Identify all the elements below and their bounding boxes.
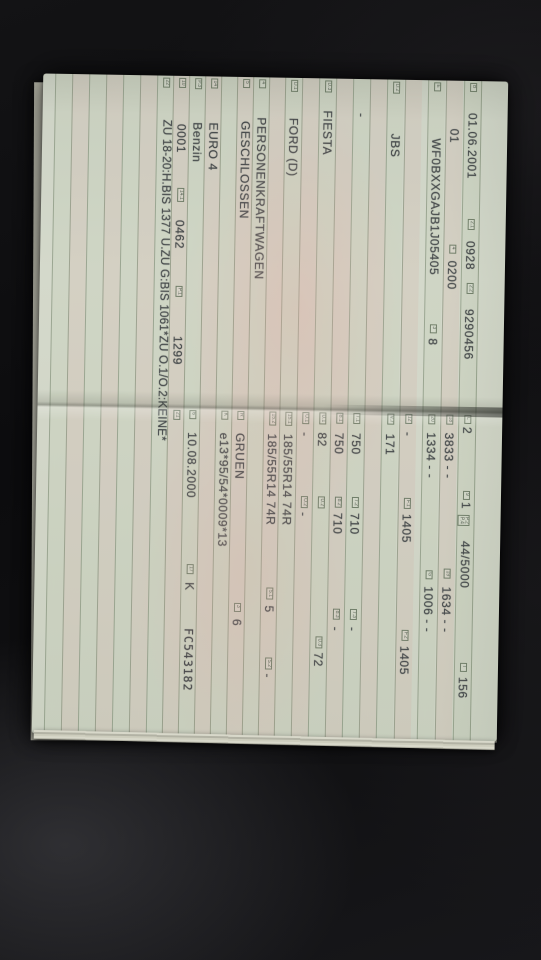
table-surface: 22ZU 18-20:H.BIS 1377 U.ZU G:BIS 1061*ZU… xyxy=(0,0,541,960)
field-value: - xyxy=(298,432,312,437)
field-value: 01.06.2001 xyxy=(465,113,480,179)
field-code-box: O.2 xyxy=(301,496,309,508)
field-value: FORD (D) xyxy=(286,118,301,177)
field-value: 710 xyxy=(347,513,361,535)
field-code-box: 4 xyxy=(449,245,457,254)
field-value: 0462 xyxy=(172,220,187,249)
field-code-box: P.2 P.4 xyxy=(458,515,470,526)
field-value: 1634 - - xyxy=(439,586,454,632)
field-code-box: 8.1 xyxy=(336,413,344,424)
field-value: 1405 xyxy=(397,646,412,675)
field-code-box: 8.3 xyxy=(333,609,341,620)
field-code-box: D.3 xyxy=(325,80,333,92)
field-value: 156 xyxy=(455,677,469,699)
field-value: 750 xyxy=(332,433,346,455)
field-code-box: 22 xyxy=(163,78,171,88)
field-code-box: 17 xyxy=(186,564,194,574)
field-code-box: G xyxy=(425,570,433,579)
field-code-box: V.7 xyxy=(387,414,395,425)
field-value: JBS xyxy=(388,134,402,158)
field-code-box: B xyxy=(470,83,478,92)
field-value: EURO 4 xyxy=(206,122,221,171)
field-value: K xyxy=(182,582,196,591)
field-value: - xyxy=(401,432,415,437)
field-code-box: 7.1 xyxy=(353,413,361,424)
field-value: 1334 - - xyxy=(423,432,438,478)
field-value: 82 xyxy=(315,432,329,447)
field-code-box: 5 xyxy=(243,79,251,88)
field-code-box: P.1 xyxy=(175,286,183,297)
field-code-box: L xyxy=(464,415,472,424)
field-code-box: 21 xyxy=(173,410,181,420)
field-value: WF0BXXGAJB1J05405 xyxy=(427,138,443,275)
field-value: 0001 xyxy=(174,124,189,153)
field-code-box: 14 xyxy=(211,78,219,88)
field-code-box: 7.3 xyxy=(350,609,358,620)
field-code-box: S.2 xyxy=(265,657,273,669)
field-value: 1006 - - xyxy=(421,586,436,632)
field-code-box: 10 xyxy=(179,78,187,88)
field-value: 8 xyxy=(426,338,440,346)
field-code-box: E xyxy=(434,82,442,91)
field-value: 01 xyxy=(447,129,461,144)
field-value: 0200 xyxy=(445,261,460,290)
field-value: - xyxy=(329,627,343,632)
field-value: 1405 xyxy=(399,514,414,543)
field-value: - xyxy=(355,113,369,118)
field-value: FIESTA xyxy=(320,110,335,155)
field-code-box: U.2 xyxy=(318,496,326,508)
field-value: 750 xyxy=(349,433,363,455)
field-value: 185/55R14 74R xyxy=(279,434,295,526)
field-code-box: 12 xyxy=(405,414,413,424)
field-value: 5 xyxy=(262,605,276,613)
field-value: 6 xyxy=(230,619,244,627)
field-code-box: 18 xyxy=(446,415,454,425)
field-value: 9290456 xyxy=(461,309,476,360)
registration-document: 22ZU 18-20:H.BIS 1377 U.ZU G:BIS 1061*ZU… xyxy=(32,73,508,741)
field-value: - xyxy=(297,512,311,517)
field-value: 1299 xyxy=(170,336,185,365)
field-code-box: D.1 xyxy=(291,80,299,92)
field-code-box: D.2 xyxy=(393,82,401,94)
field-code-box: O.1 xyxy=(302,412,310,424)
field-value: 1 xyxy=(459,502,473,510)
field-value: 3833 - - xyxy=(441,433,456,479)
field-code-box: 19 xyxy=(443,569,451,579)
field-value: - xyxy=(346,627,360,632)
field-value: FC543182 xyxy=(181,628,196,692)
field-code-box: 15.2 xyxy=(269,411,277,425)
field-value: 2 xyxy=(460,427,474,435)
field-value: 72 xyxy=(311,652,325,667)
field-value: 710 xyxy=(330,513,344,535)
field-value: - xyxy=(261,673,275,678)
field-code-box: 7.2 xyxy=(352,497,360,508)
document-wrapper: 22ZU 18-20:H.BIS 1377 U.ZU G:BIS 1061*ZU… xyxy=(32,73,508,741)
field-value: 171 xyxy=(383,433,397,455)
field-code-box: P.3 xyxy=(195,78,203,89)
field-code-box: F.1 xyxy=(404,498,412,509)
field-value: 44/5000 xyxy=(457,541,472,589)
field-value: 10.08.2000 xyxy=(184,432,199,498)
field-code-box: F.2 xyxy=(401,630,409,641)
field-code-box: 9 xyxy=(463,491,471,500)
field-code-box: R xyxy=(237,411,245,420)
field-code-box: 4 xyxy=(259,79,267,88)
field-code-box: 20 xyxy=(428,414,436,424)
field-code-box: 2.2 xyxy=(466,283,474,294)
field-value: Benzin xyxy=(190,122,205,163)
field-value: 0928 xyxy=(463,241,478,270)
field-code-box: 2.1 xyxy=(468,219,476,230)
field-value: GRUEN xyxy=(232,433,247,480)
field-code-box: T xyxy=(460,663,468,672)
field-code-box: 3 xyxy=(234,603,242,612)
field-code-box: U.1 xyxy=(319,412,327,424)
field-code-box: 3 xyxy=(430,324,438,333)
field-code-box: 6 xyxy=(189,410,197,419)
field-code-box: K xyxy=(221,411,229,420)
field-code-box: 15.1 xyxy=(285,412,293,426)
field-code-box: 8.2 xyxy=(335,497,343,508)
field-code-box: U.3 xyxy=(315,636,323,648)
field-code-box: S.1 xyxy=(266,587,274,599)
field-code-box: 14.1 xyxy=(177,188,185,202)
